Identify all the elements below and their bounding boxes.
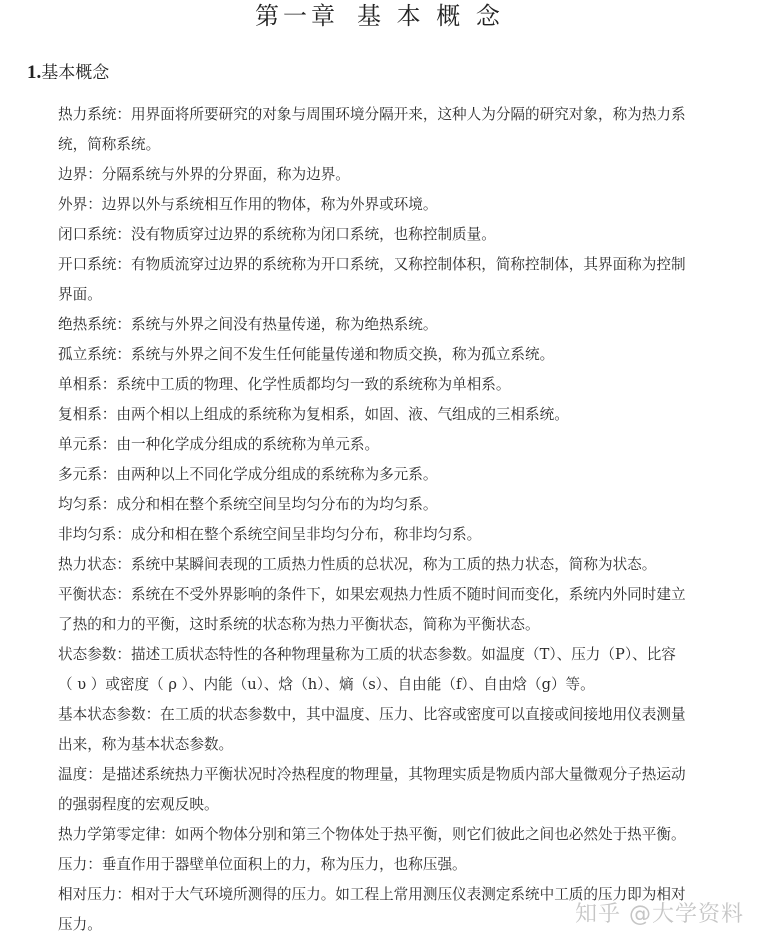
document-body: 热力系统：用界面将所要研究的对象与周围环境分隔开来，这种人为分隔的研究对象，称为… — [58, 100, 738, 940]
text-line: 温度：是描述系统热力平衡状况时冷热程度的物理量，其物理实质是物质内部大量微观分子… — [58, 760, 738, 790]
text-line: 开口系统：有物质流穿过边界的系统称为开口系统，又称控制体积，简称控制体，其界面称… — [58, 250, 738, 280]
text-line: 基本状态参数：在工质的状态参数中，其中温度、压力、比容或密度可以直接或间接地用仪… — [58, 700, 738, 730]
section-heading: 1.基本概念 — [27, 60, 109, 86]
text-line: 非均匀系：成分和相在整个系统空间呈非均匀分布，称非均匀系。 — [58, 520, 738, 550]
chapter-title: 第一章基 本 概 念 — [0, 0, 759, 32]
text-line: 了热的和力的平衡，这时系统的状态称为热力平衡状态，简称为平衡状态。 — [58, 610, 738, 640]
text-line: 孤立系统：系统与外界之间不发生任何能量传递和物质交换，称为孤立系统。 — [58, 340, 738, 370]
text-line: 边界：分隔系统与外界的分界面，称为边界。 — [58, 160, 738, 190]
text-line: 的强弱程度的宏观反映。 — [58, 790, 738, 820]
watermark: 知乎 @大学资料 — [575, 897, 744, 928]
text-line: 均匀系：成分和相在整个系统空间呈均匀分布的为均匀系。 — [58, 490, 738, 520]
text-line: 单元系：由一种化学成分组成的系统称为单元系。 — [58, 430, 738, 460]
text-line: 绝热系统：系统与外界之间没有热量传递，称为绝热系统。 — [58, 310, 738, 340]
section-title: 基本概念 — [41, 63, 109, 83]
chapter-number: 第一章 — [255, 2, 339, 30]
text-line: 压力：垂直作用于器壁单位面积上的力，称为压力，也称压强。 — [58, 850, 738, 880]
text-line: 复相系：由两个相以上组成的系统称为复相系，如固、液、气组成的三相系统。 — [58, 400, 738, 430]
text-line: 出来，称为基本状态参数。 — [58, 730, 738, 760]
text-line: 状态参数：描述工质状态特性的各种物理量称为工质的状态参数。如温度（T）、压力（P… — [58, 640, 738, 670]
text-line: 平衡状态：系统在不受外界影响的条件下，如果宏观热力性质不随时间而变化，系统内外同… — [58, 580, 738, 610]
text-line: 界面。 — [58, 280, 738, 310]
text-line: 统，简称系统。 — [58, 130, 738, 160]
text-line: 热力状态：系统中某瞬间表现的工质热力性质的总状况，称为工质的热力状态，简称为状态… — [58, 550, 738, 580]
text-line: 多元系：由两种以上不同化学成分组成的系统称为多元系。 — [58, 460, 738, 490]
text-line: 外界：边界以外与系统相互作用的物体，称为外界或环境。 — [58, 190, 738, 220]
chapter-name: 基 本 概 念 — [357, 2, 504, 30]
text-line: 热力系统：用界面将所要研究的对象与周围环境分隔开来，这种人为分隔的研究对象，称为… — [58, 100, 738, 130]
text-line: （ υ ）或密度（ ρ ）、内能（u）、焓（h）、熵（s）、自由能（f）、自由焓… — [58, 670, 738, 700]
text-line: 单相系：系统中工质的物理、化学性质都均匀一致的系统称为单相系。 — [58, 370, 738, 400]
section-number: 1. — [27, 62, 41, 83]
text-line: 热力学第零定律：如两个物体分别和第三个物体处于热平衡，则它们彼此之间也必然处于热… — [58, 820, 738, 850]
text-line: 闭口系统：没有物质穿过边界的系统称为闭口系统，也称控制质量。 — [58, 220, 738, 250]
